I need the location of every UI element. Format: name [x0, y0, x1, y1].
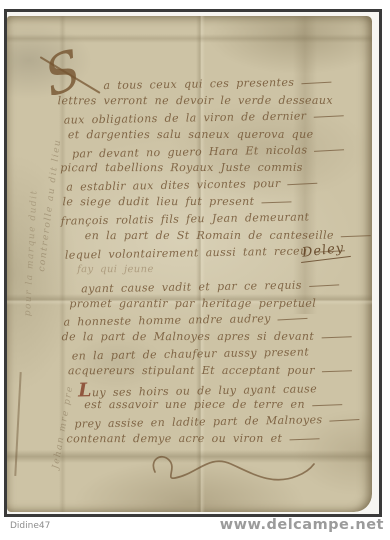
parchment-sheet: S a tous ceux qui ces presentes lettres … — [7, 16, 372, 512]
document-photo: S a tous ceux qui ces presentes lettres … — [4, 9, 382, 517]
manuscript-line: ayant cause vadit et par ce requis — [81, 276, 371, 298]
end-flourish-icon — [147, 446, 317, 492]
manuscript-text: a tous ceux qui ces presentes lettres ve… — [57, 75, 372, 449]
margin-note: pour la marque dudit — [23, 189, 40, 316]
watermark-site-url: www.delcampe.net — [220, 517, 384, 533]
watermark-uploader: Didine47 — [10, 521, 50, 531]
manuscript-line: a tous ceux qui ces presentes — [103, 73, 369, 95]
margin-rule-line — [14, 372, 21, 476]
